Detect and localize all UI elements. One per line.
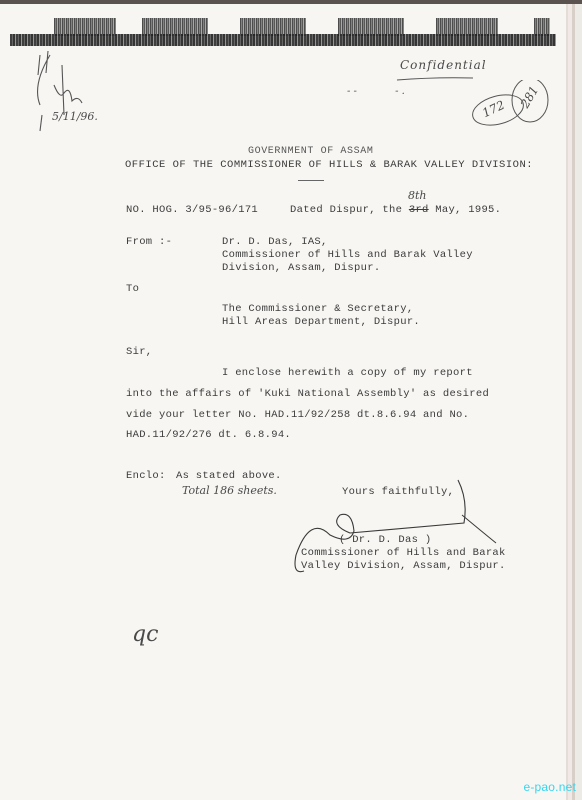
date-prefix: Dated Dispur, the	[290, 204, 409, 216]
redacted-header	[8, 14, 556, 48]
body-line-3: vide your letter No. HAD.11/92/258 dt.8.…	[126, 409, 469, 421]
to-line-2: Hill Areas Department, Dispur.	[222, 316, 420, 328]
reference-date: Dated Dispur, the 3rd May, 1995.	[290, 204, 501, 216]
from-label: From :-	[126, 236, 172, 248]
stray-marks: ‐ ‐ ‐ .	[347, 86, 405, 97]
enclosure-label: Enclo:	[126, 470, 166, 482]
from-line-2: Commissioner of Hills and Barak Valley	[222, 249, 473, 261]
page-number-stamp: 172 281	[470, 80, 560, 130]
confidential-underline	[395, 76, 475, 82]
to-label: To	[126, 283, 139, 295]
letterhead-office: OFFICE OF THE COMMISSIONER OF HILLS & BA…	[125, 159, 533, 171]
scan-edge	[0, 0, 582, 4]
body-line-1: I enclose herewith a copy of my report	[222, 367, 473, 379]
enclosure-handwritten-note: Total 186 sheets.	[182, 484, 277, 497]
body-line-4: HAD.11/92/276 dt. 6.8.94.	[126, 429, 291, 441]
watermark: e-pao.net	[523, 780, 576, 794]
signatory-line-1: Commissioner of Hills and Barak	[301, 547, 506, 559]
enclosure-text: As stated above.	[176, 470, 282, 482]
to-line-1: The Commissioner & Secretary,	[222, 303, 413, 315]
signatory-name: ( Dr. D. Das )	[339, 534, 431, 546]
confidential-label: Confidential	[400, 58, 487, 72]
date-day: 3rd	[409, 204, 429, 216]
reference-number: NO. HOG. 3/95-96/171	[126, 204, 258, 216]
from-line-3: Division, Assam, Dispur.	[222, 262, 380, 274]
initials-bottom-left: qc	[132, 622, 158, 647]
body-line-2: into the affairs of 'Kuki National Assem…	[126, 388, 489, 400]
from-line-1: Dr. D. Das, IAS,	[222, 236, 328, 248]
date-suffix: May, 1995.	[429, 204, 502, 216]
date-correction: 8th	[408, 189, 427, 202]
initials-date: 5/11/96.	[52, 110, 98, 123]
signatory-line-2: Valley Division, Assam, Dispur.	[301, 560, 506, 572]
salutation: Sir,	[126, 346, 152, 358]
letterhead-underline	[298, 180, 324, 181]
letterhead-government: GOVERNMENT OF ASSAM	[248, 146, 373, 157]
